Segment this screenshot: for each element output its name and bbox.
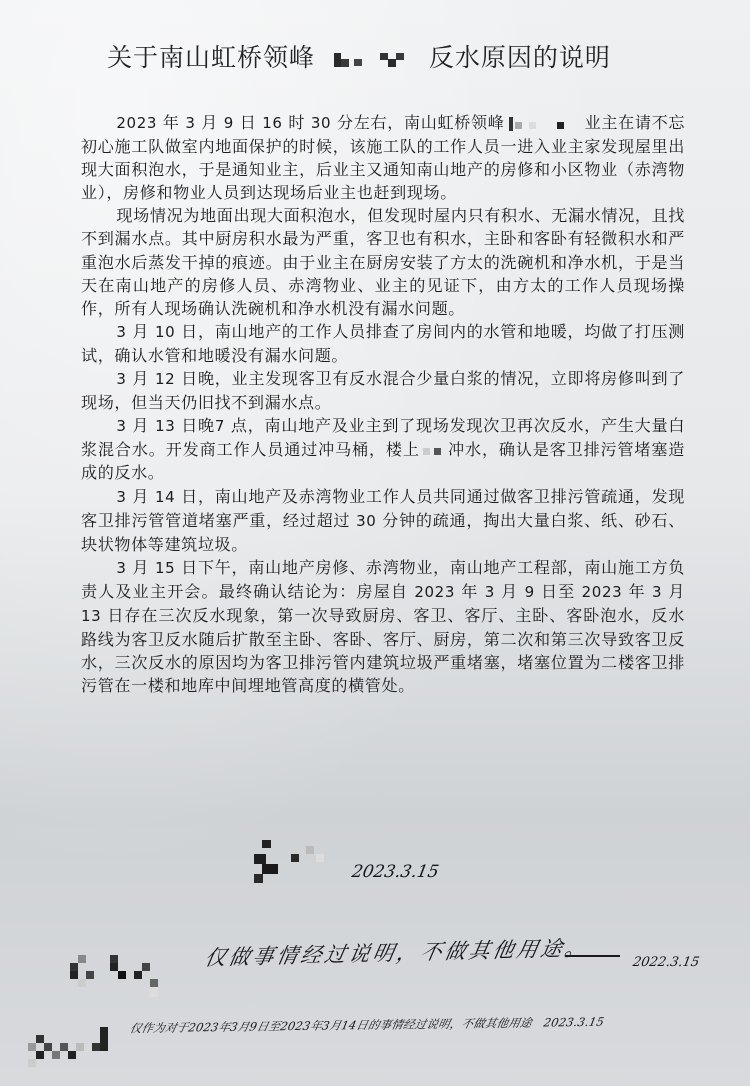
paragraph-5: 3 月 13 日晚7 点，南山地产及业主到了现场发现次卫再次反水，产生大量白浆混… (81, 414, 685, 484)
title-prefix: 关于南山虹桥领峰 (107, 43, 315, 72)
signature-3-redaction (28, 1025, 118, 1070)
signature-2-date: 2022.3.15 (632, 955, 701, 970)
document-body: 2023 年 3 月 9 日 16 时 30 分左右，南山虹桥领峰业主在请不忘初… (81, 111, 685, 697)
signature-3-note: 仅作为对于2023年3月9日至2023年3月14日的事情经过说明，不做其他用途 … (128, 1014, 605, 1037)
paragraph-redaction-mosaic (509, 117, 581, 131)
signature-1-date: 2023.3.15 (350, 862, 440, 882)
title-suffix: 反水原因的说明 (429, 43, 611, 72)
paragraph-3: 3 月 10 日，南山地产的工作人员排查了房间内的水管和地暖，均做了打压测试，确… (81, 320, 685, 367)
signature-3-date: 2023.3.15 (542, 1015, 605, 1030)
paragraph-redaction-mosaic (423, 445, 445, 457)
signature-1-redaction (250, 838, 330, 888)
signature-2-note: 仅做事情经过说明，不做其他用途。 (202, 932, 591, 972)
paragraph-2: 现场情况为地面出现大面积泡水，但发现时屋内只有积水、无漏水情况，且找不到漏水点。… (81, 204, 685, 319)
document-title: 关于南山虹桥领峰 反水原因的说明 (107, 38, 667, 74)
handwritten-underline (565, 955, 620, 957)
paragraph-4: 3 月 12 日晚，业主发现客卫有反水混合少量白浆的情况，立即将房修叫到了现场，… (81, 367, 685, 414)
signature-3-text: 仅作为对于2023年3月9日至2023年3月14日的事情经过说明，不做其他用途 (129, 1016, 534, 1036)
title-redaction-mosaic (332, 49, 412, 71)
paragraph-7: 3 月 15 日下午，南山地产房修、赤湾物业，南山地产工程部，南山施工方负责人及… (81, 556, 685, 698)
paragraph-6: 3 月 14 日，南山地产及赤湾物业工作人员共同通过做客卫排污管疏通，发现客卫排… (81, 485, 685, 556)
paragraph-1: 2023 年 3 月 9 日 16 时 30 分左右，南山虹桥领峰业主在请不忘初… (81, 111, 685, 204)
signature-2-redaction (70, 955, 180, 1005)
